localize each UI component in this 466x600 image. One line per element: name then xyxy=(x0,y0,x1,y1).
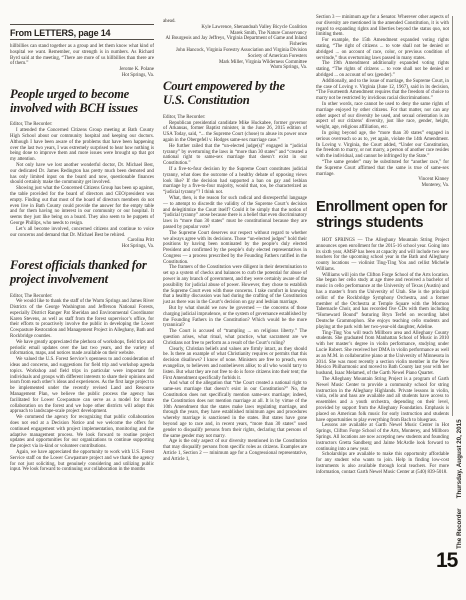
body-paragraph: Lessons are available at Garth Newel Mus… xyxy=(316,423,449,452)
body-paragraph: If a five-to-four decision by the Suprem… xyxy=(163,167,307,196)
letter-continuation-text: hillbillies can stand together as a grou… xyxy=(10,44,154,67)
article-headline-strings: Enrollment open for strings students xyxy=(316,199,449,231)
signature-place: Hot Springs, Va. xyxy=(10,244,154,250)
signature-block: Jerome K. Polane Hot Springs, Va. xyxy=(10,67,154,79)
body-paragraph: The framers of the Constitution were dil… xyxy=(163,265,307,306)
signature-block: Kyle Lawrence, Shenandoah Valley Bicycle… xyxy=(163,25,307,71)
body-paragraph: “The same gender” may be substituted for… xyxy=(316,160,449,177)
body-paragraph: Let’s all become involved, concerned cit… xyxy=(10,227,154,239)
signature-place: Warm Springs, Va. xyxy=(163,65,307,71)
body-paragraph: What, then, is the reason for such radic… xyxy=(163,196,307,231)
body-paragraph: HOT SPRINGS — The Alleghany Mountain Str… xyxy=(316,238,449,273)
column-right: Section 3 — minimum age for a Senator. W… xyxy=(316,15,449,597)
body-paragraph: The Supreme Court deserves our respect w… xyxy=(163,231,307,266)
signature-line: John Hancock, Virginia Forestry Associat… xyxy=(163,48,307,60)
signature-place: Monterey, Va. xyxy=(316,183,449,189)
signature-place: Hot Springs, Va. xyxy=(10,73,154,79)
column-middle: ahead. Kyle Lawrence, Shenandoah Valley … xyxy=(163,19,307,597)
body-paragraph: Clearly, Christian beliefs and values ar… xyxy=(163,347,307,382)
body-paragraph: Showing just what the Concerned Citizens… xyxy=(10,186,154,227)
jump-header: From LETTERS, page 14 xyxy=(10,24,154,40)
body-paragraph: The 19th Amendment additionally expanded… xyxy=(316,61,449,78)
rotated-dateline: The RecorderThursday, August 20, 2015 xyxy=(456,419,463,549)
signature-block: Vincent Kinney Monterey, Va. xyxy=(316,177,449,189)
signature-line: Al Bourgeois and Jay Jeffreys, Virginia … xyxy=(163,36,307,48)
body-paragraph: We have greatly appreciated the plethora… xyxy=(10,340,154,357)
body-paragraph: Scholarships are available to make this … xyxy=(316,452,449,475)
article-headline-forest: Forest officials thanked for project inv… xyxy=(10,259,154,287)
article-headline-bch: People urged to become involved with BCH… xyxy=(10,88,154,116)
article-headline-court: Court empowered by the U.S. Constitution xyxy=(163,80,291,108)
body-paragraph: We commend the agency for recognizing th… xyxy=(10,415,154,450)
body-paragraph: Again, we have appreciated the opportuni… xyxy=(10,450,154,473)
body-paragraph: We valued the U.S. Forest Service’s open… xyxy=(10,357,154,415)
body-paragraph: Age is the only aspect of our diversity … xyxy=(163,439,307,462)
body-paragraph: We would like to thank the staff of the … xyxy=(10,299,154,340)
body-paragraph: The Alleghany Mountain String Project is… xyxy=(316,377,449,423)
signature-block: Carolina Pritt Hot Springs, Va. xyxy=(10,238,154,250)
body-paragraph: For example, the 15th Amendment expanded… xyxy=(316,38,449,61)
body-paragraph: Republican presidential candidate Mike H… xyxy=(163,121,307,144)
body-paragraph: The Court is accused of “trampling ... o… xyxy=(163,329,307,346)
body-paragraph: And what of the allegation that “the Cou… xyxy=(163,381,307,439)
publication-name: The Recorder xyxy=(456,508,463,549)
newspaper-letters-page: From LETTERS, page 14 hillbillies can st… xyxy=(0,0,466,600)
body-paragraph: Not only have we lost another wonderful … xyxy=(10,163,154,186)
body-paragraph: He further railed that the “un-elected j… xyxy=(163,144,307,167)
page-edge-divider xyxy=(452,16,453,416)
body-paragraph: In other words, race cannot be used to d… xyxy=(316,102,449,131)
column-left: From LETTERS, page 14 hillbillies can st… xyxy=(10,24,154,596)
body-paragraph: I attended the Concerned Citizens Group … xyxy=(10,128,154,163)
body-paragraph: In going beyond age, the “more than 30 s… xyxy=(316,131,449,160)
publication-date: Thursday, August 20, 2015 xyxy=(456,419,463,498)
letter-continuation-text: Section 3 — minimum age for a Senator. W… xyxy=(316,15,449,38)
page-number: 15 xyxy=(436,549,457,573)
body-paragraph: Williams will join the Clifton Forge Sch… xyxy=(316,273,449,331)
body-paragraph: Ting-Ting You will teach Millboro area a… xyxy=(316,331,449,377)
body-paragraph: Additionally, and to the issue of marria… xyxy=(316,79,449,102)
body-paragraph: But by what should we now be governed — … xyxy=(163,306,307,329)
